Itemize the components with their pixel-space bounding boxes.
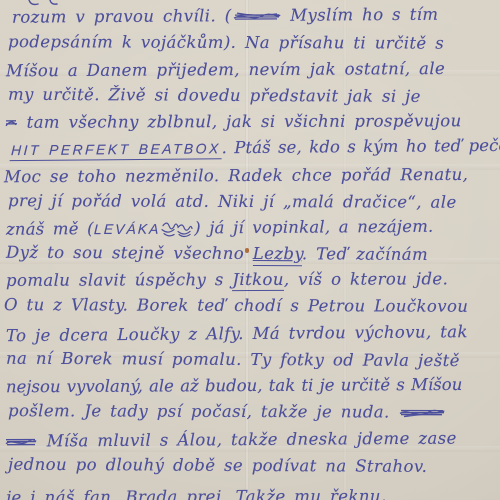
emphasized-caps-word: LEVÁKA xyxy=(93,221,160,237)
hand-doodle-icon xyxy=(160,219,194,238)
emphasized-caps-title: HIT PERFEKT BEATBOX xyxy=(10,140,222,161)
letter-text: Myslím ho s tím xyxy=(281,5,438,25)
letter-text: prej jí pořád volá atd. Niki jí „malá dr… xyxy=(8,191,457,212)
letter-text: . Teď začínám xyxy=(302,244,428,264)
letter-text: Míša mluvil s Álou, takže dneska jdeme z… xyxy=(38,429,457,451)
letter-text: my určitě. Živě si dovedu představit jak… xyxy=(8,85,421,106)
letter-text: znáš mě ( xyxy=(6,219,94,239)
scribble-strikethrough-icon xyxy=(232,10,282,23)
letter-text: Moc se toho nezměnilo. Radek chce pořád … xyxy=(4,165,468,186)
letter-text: podepsáním k vojáčkům). Na přísahu ti ur… xyxy=(8,32,444,53)
handwritten-line-clipped: je i náš fan, Brada prej. Takže mu řeknu… xyxy=(6,486,500,500)
underlined-word: Jitkou xyxy=(232,270,284,291)
handwritten-line: rozum v pravou chvíli. ( Myslím ho s tím xyxy=(12,4,500,26)
handwritten-line: To je dcera Loučky z Alfy. Má tvrdou výc… xyxy=(6,322,500,345)
handwritten-line: Míša mluvil s Álou, takže dneska jdeme z… xyxy=(4,428,500,450)
letter-text: . Ptáš se, kdo s kým ho teď peče. xyxy=(222,136,500,158)
letter-text: nejsou vyvolaný, ale až budou, tak ti je… xyxy=(6,375,462,396)
handwritten-line: nejsou vyvolaný, ale až budou, tak ti je… xyxy=(6,375,500,397)
handwritten-line: znáš mě (LEVÁKA) já jí vopinkal, a nezáj… xyxy=(6,216,500,239)
letter-text: O tu z Vlasty. Borek teď chodí s Petrou … xyxy=(4,295,468,316)
scribble-strikethrough-icon xyxy=(398,407,446,420)
handwritten-line: O tu z Vlasty. Borek teď chodí s Petrou … xyxy=(4,295,500,316)
letter-text: Míšou a Danem přijedem, nevím jak ostatn… xyxy=(6,59,445,80)
handwritten-line: tam všechny zblbnul, jak si všichni pros… xyxy=(4,111,500,132)
letter-text: pomalu slavit úspěchy s xyxy=(6,270,232,290)
letter-text: na ní Borek musí pomalu. Ty fotky od Pav… xyxy=(6,349,460,370)
handwritten-line: pošlem. Je tady psí počasí, takže je nud… xyxy=(8,401,500,422)
letter-text: rozum v pravou chvíli. ( xyxy=(12,6,232,27)
handwritten-line: HIT PERFEKT BEATBOX. Ptáš se, kdo s kým … xyxy=(10,136,500,161)
handwritten-line: na ní Borek musí pomalu. Ty fotky od Pav… xyxy=(6,349,500,371)
underlined-word: Lezby xyxy=(253,244,302,266)
handwritten-line: my určitě. Živě si dovedu představit jak… xyxy=(8,85,500,107)
handwritten-line: Dyž to sou stejně všechno Lezby. Teď zač… xyxy=(6,243,500,265)
handwritten-line: pomalu slavit úspěchy s Jitkou, víš o kt… xyxy=(6,269,500,290)
letter-text: ) já jí vopinkal, a nezájem. xyxy=(194,217,433,238)
letter-text: je i náš fan, Brada prej. Takže mu řeknu… xyxy=(6,487,387,500)
handwritten-line: jednou po dlouhý době se podívat na Stra… xyxy=(8,455,500,477)
scribble-strikethrough-icon xyxy=(4,118,18,129)
handwritten-line: prej jí pořád volá atd. Niki jí „malá dr… xyxy=(8,191,500,212)
letter-text: , víš o kterou jde. xyxy=(284,269,448,289)
handwritten-line: Míšou a Danem přijedem, nevím jak ostatn… xyxy=(6,59,500,81)
letter-text: pošlem. Je tady psí počasí, takže je nud… xyxy=(8,401,398,421)
scribble-strikethrough-icon xyxy=(4,435,38,448)
letter-text: Dyž to sou stejně všechno xyxy=(6,243,253,263)
letter-text: jednou po dlouhý době se podívat na Stra… xyxy=(8,455,427,476)
handwritten-line: Moc se toho nezměnilo. Radek chce pořád … xyxy=(4,165,500,187)
handwritten-line: podepsáním k vojáčkům). Na přísahu ti ur… xyxy=(8,32,500,53)
letter-text: To je dcera Loučky z Alfy. Má tvrdou výc… xyxy=(6,322,468,345)
letter-paper: rozum v pravou chvíli. ( Myslím ho s tím… xyxy=(0,0,500,500)
letter-text: tam všechny zblbnul, jak si všichni pros… xyxy=(18,111,462,132)
